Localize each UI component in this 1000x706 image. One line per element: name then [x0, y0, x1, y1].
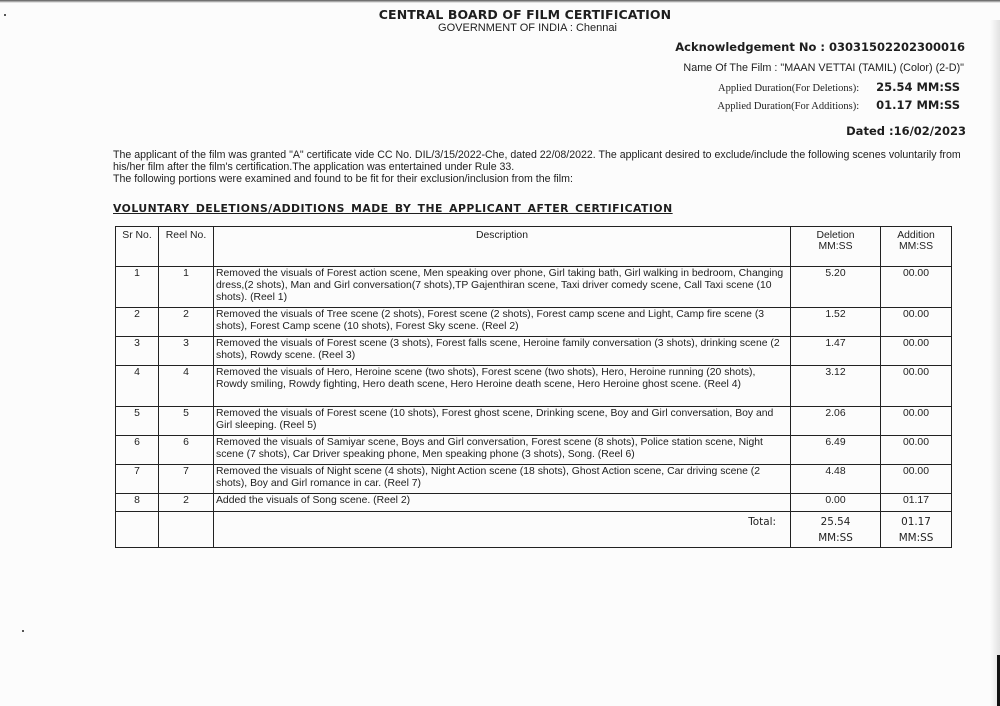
cell-description: Removed the visuals of Forest scene (3 s… [214, 337, 791, 366]
applied-duration-additions: Applied Duration(For Additions): 01.17 M… [717, 98, 960, 112]
cell-addition: 01.17 [881, 494, 952, 512]
cell-description: Removed the visuals of Forest scene (10 … [214, 407, 791, 436]
cell-sr-no: 3 [116, 337, 159, 366]
acknowledgement-number: Acknowledgement No : 03031502202300016 [675, 40, 965, 54]
cell-sr-no: 5 [116, 407, 159, 436]
cell-reel-no: 2 [159, 308, 214, 337]
header-addition: AdditionMM:SS [881, 227, 952, 267]
cell-reel-no: 6 [159, 436, 214, 465]
deletions-value: 25.54 MM:SS [876, 80, 960, 94]
scan-right-edge [990, 20, 1000, 706]
cell-reel-no: 4 [159, 366, 214, 407]
cell-sr-no: 7 [116, 465, 159, 494]
total-label: Total: [214, 512, 791, 548]
deletions-label: Applied Duration(For Deletions): [718, 83, 859, 94]
cell-reel-no: 5 [159, 407, 214, 436]
film-name: Name Of The Film : "MAAN VETTAI (TAMIL) … [683, 62, 964, 74]
cell-sr-no: 1 [116, 267, 159, 308]
table-row: 33Removed the visuals of Forest scene (3… [116, 337, 952, 366]
cell-deletion: 6.49 [791, 436, 881, 465]
cell-sr-no: 6 [116, 436, 159, 465]
total-addition-unit: MM:SS [883, 530, 949, 546]
cell-reel-no: 7 [159, 465, 214, 494]
cell-description: Removed the visuals of Tree scene (2 sho… [214, 308, 791, 337]
cell-description: Added the visuals of Song scene. (Reel 2… [214, 494, 791, 512]
additions-value: 01.17 MM:SS [876, 98, 960, 112]
cell-deletion: 3.12 [791, 366, 881, 407]
cell-deletion: 2.06 [791, 407, 881, 436]
deletions-table: Sr No. Reel No. Description DeletionMM:S… [115, 226, 952, 548]
cell-sr-no: 2 [116, 308, 159, 337]
table-row: 77Removed the visuals of Night scene (4 … [116, 465, 952, 494]
applied-duration-deletions: Applied Duration(For Deletions): 25.54 M… [718, 80, 960, 94]
total-deletion-unit: MM:SS [793, 530, 878, 546]
cell-addition: 00.00 [881, 337, 952, 366]
cell-sr-no: 4 [116, 366, 159, 407]
organization-subtitle: GOVERNMENT OF INDIA : Chennai [0, 22, 1000, 34]
section-heading: VOLUNTARY DELETIONS/ADDITIONS MADE BY TH… [113, 202, 673, 215]
cell-reel-no: 2 [159, 494, 214, 512]
cell-deletion: 4.48 [791, 465, 881, 494]
total-sr-empty [116, 512, 159, 548]
total-row: Total: 25.54 MM:SS 01.17 MM:SS [116, 512, 952, 548]
cell-deletion: 5.20 [791, 267, 881, 308]
cell-sr-no: 8 [116, 494, 159, 512]
cell-reel-no: 3 [159, 337, 214, 366]
intro-paragraph: The applicant of the film was granted "A… [113, 150, 993, 185]
cell-addition: 00.00 [881, 407, 952, 436]
cell-description: Removed the visuals of Hero, Heroine sce… [214, 366, 791, 407]
cell-addition: 00.00 [881, 366, 952, 407]
table-row: 11Removed the visuals of Forest action s… [116, 267, 952, 308]
scan-top-edge [0, 0, 1000, 3]
table-row: 55Removed the visuals of Forest scene (1… [116, 407, 952, 436]
cell-deletion: 1.47 [791, 337, 881, 366]
table-row: 44Removed the visuals of Hero, Heroine s… [116, 366, 952, 407]
intro-line-1: The applicant of the film was granted "A… [113, 150, 993, 174]
dated: Dated :16/02/2023 [846, 124, 966, 138]
cell-description: Removed the visuals of Night scene (4 sh… [214, 465, 791, 494]
cell-reel-no: 1 [159, 267, 214, 308]
cell-deletion: 1.52 [791, 308, 881, 337]
cell-description: Removed the visuals of Samiyar scene, Bo… [214, 436, 791, 465]
cell-addition: 00.00 [881, 308, 952, 337]
cell-addition: 00.00 [881, 267, 952, 308]
scan-speck [22, 630, 24, 632]
header-deletion: DeletionMM:SS [791, 227, 881, 267]
organization-title: CENTRAL BOARD OF FILM CERTIFICATION [0, 7, 1000, 22]
header-sr-no: Sr No. [116, 227, 159, 267]
total-reel-empty [159, 512, 214, 548]
total-addition: 01.17 MM:SS [881, 512, 952, 548]
table-row: 22Removed the visuals of Tree scene (2 s… [116, 308, 952, 337]
intro-line-2: The following portions were examined and… [113, 174, 993, 186]
header-description: Description [214, 227, 791, 267]
table-row: 66Removed the visuals of Samiyar scene, … [116, 436, 952, 465]
total-deletion: 25.54 MM:SS [791, 512, 881, 548]
total-addition-value: 01.17 [883, 514, 949, 530]
cell-deletion: 0.00 [791, 494, 881, 512]
cell-description: Removed the visuals of Forest action sce… [214, 267, 791, 308]
cell-addition: 00.00 [881, 465, 952, 494]
table-header-row: Sr No. Reel No. Description DeletionMM:S… [116, 227, 952, 267]
cell-addition: 00.00 [881, 436, 952, 465]
header-reel-no: Reel No. [159, 227, 214, 267]
total-deletion-value: 25.54 [793, 514, 878, 530]
additions-label: Applied Duration(For Additions): [717, 101, 859, 112]
table-row: 82Added the visuals of Song scene. (Reel… [116, 494, 952, 512]
